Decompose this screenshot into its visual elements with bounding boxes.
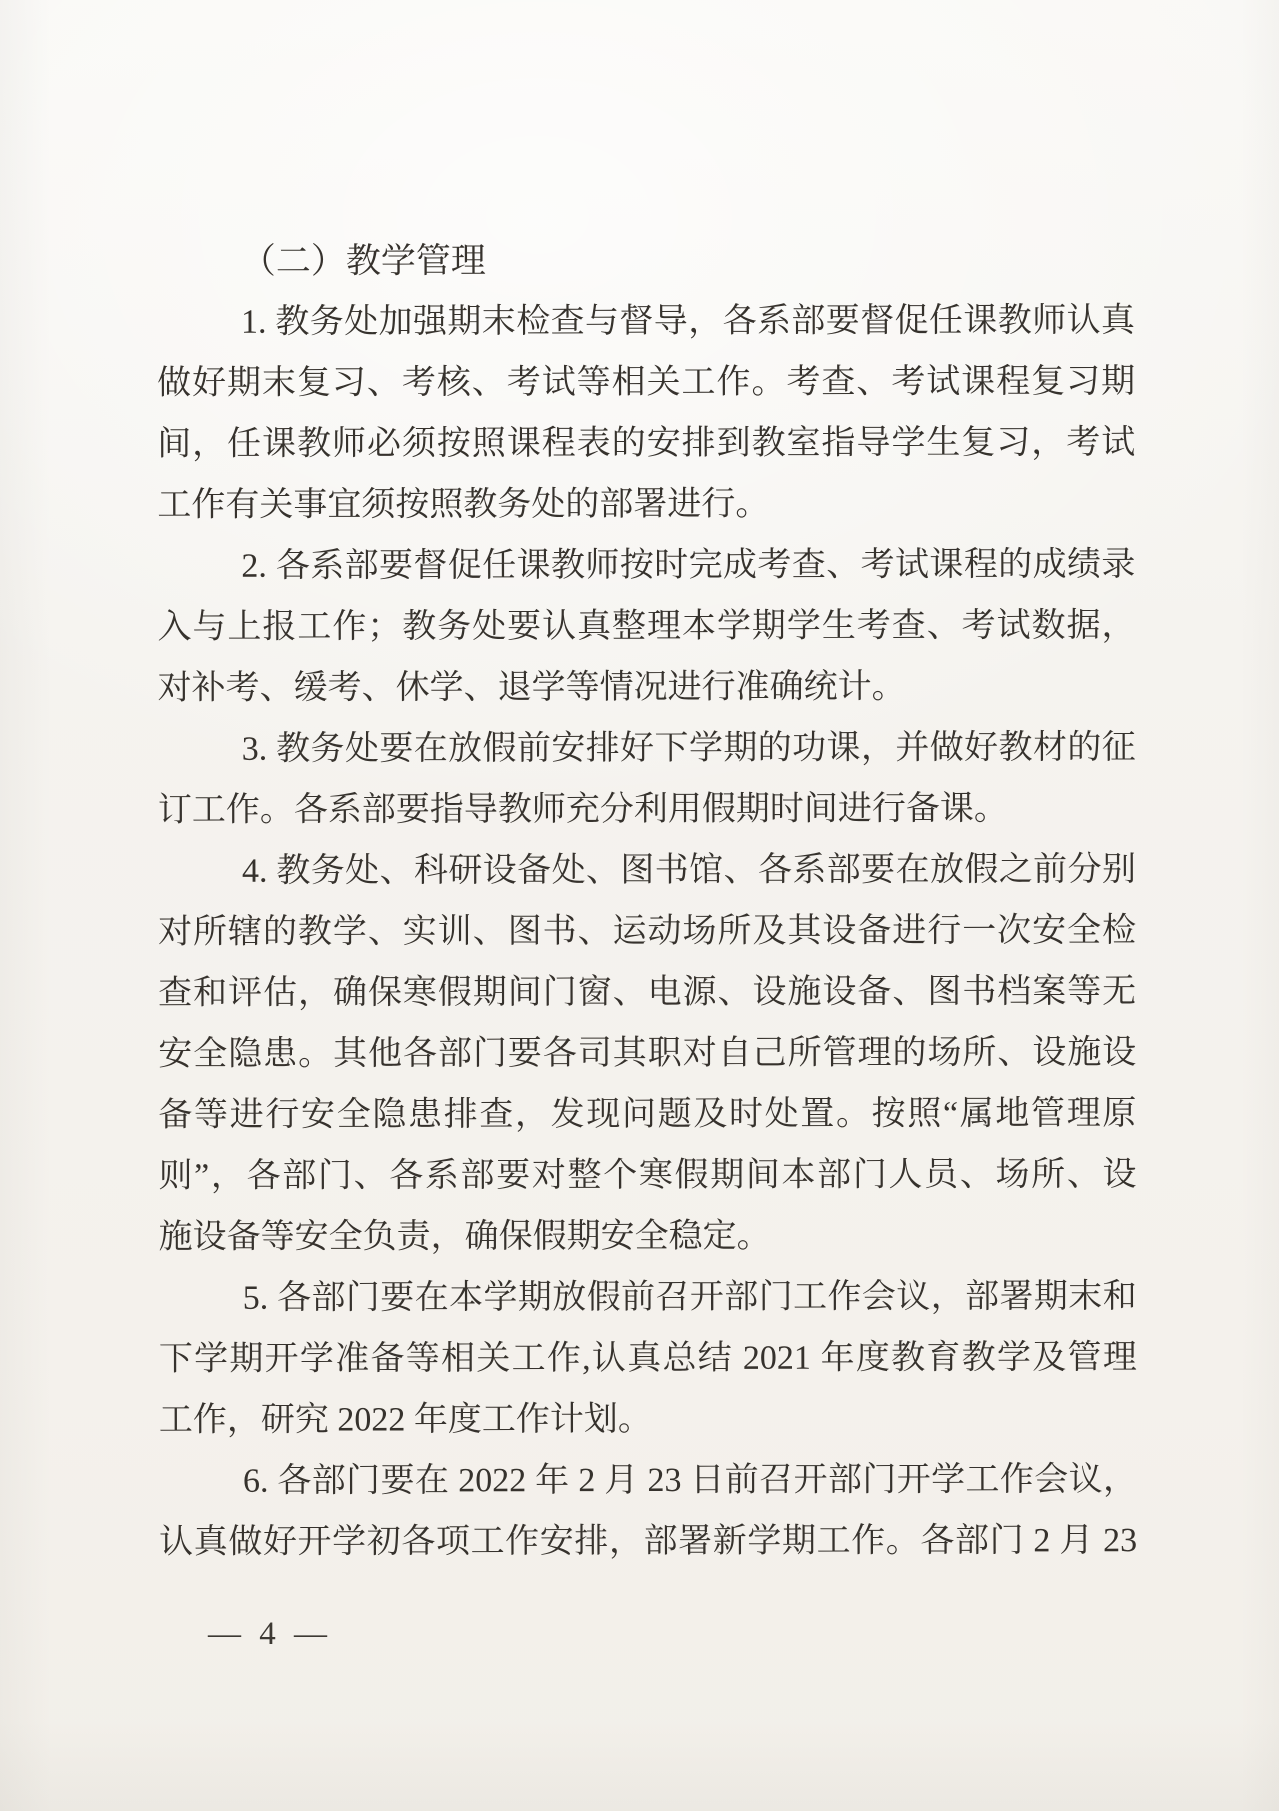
paragraph-line: 3. 教务处要在放假前安排好下学期的功课，并做好教材的征: [158, 717, 1136, 780]
paragraph-line: 工作，研究 2022 年度工作计划。: [159, 1388, 1137, 1451]
page-number: — 4 —: [208, 1614, 332, 1654]
paragraph-line: 5. 各部门要在本学期放假前召开部门工作会议，部署期末和: [159, 1266, 1137, 1329]
paragraph-line: 6. 各部门要在 2022 年 2 月 23 日前召开部门开学工作会议，: [159, 1449, 1137, 1512]
paragraph-line: 查和评估，确保寒假期间门窗、电源、设施设备、图书档案等无: [158, 961, 1136, 1024]
document-body: （二）教学管理 1. 教务处加强期末检查与督导，各系部要督促任课教师认真做好期末…: [157, 229, 1137, 1573]
paragraphs-container: 1. 教务处加强期末检查与督导，各系部要督促任课教师认真做好期末复习、考核、考试…: [157, 290, 1137, 1573]
section-heading: （二）教学管理: [157, 229, 1135, 292]
paragraph-line: 安全隐患。其他各部门要各司其职对自己所管理的场所、设施设: [158, 1022, 1136, 1085]
paragraph-line: 下学期开学准备等相关工作,认真总结 2021 年度教育教学及管理: [159, 1327, 1137, 1390]
paragraph-line: 间，任课教师必须按照课程表的安排到教室指导学生复习，考试: [157, 412, 1135, 475]
document-page: （二）教学管理 1. 教务处加强期末检查与督导，各系部要督促任课教师认真做好期末…: [0, 0, 1279, 1811]
paragraph-line: 对所辖的教学、实训、图书、运动场所及其设备进行一次安全检: [158, 900, 1136, 963]
paragraph-line: 1. 教务处加强期末检查与督导，各系部要督促任课教师认真: [157, 290, 1135, 353]
paragraph-line: 订工作。各系部要指导教师充分利用假期时间进行备课。: [158, 778, 1136, 841]
paragraph-line: 4. 教务处、科研设备处、图书馆、各系部要在放假之前分别: [158, 839, 1136, 902]
paragraph-line: 备等进行安全隐患排查，发现问题及时处置。按照“属地管理原: [158, 1083, 1136, 1146]
paragraph-line: 工作有关事宜须按照教务处的部署进行。: [157, 473, 1135, 536]
paragraph-line: 入与上报工作；教务处要认真整理本学期学生考查、考试数据，: [157, 595, 1135, 658]
paragraph-line: 做好期末复习、考核、考试等相关工作。考查、考试课程复习期: [157, 351, 1135, 414]
paragraph-line: 2. 各系部要督促任课教师按时完成考查、考试课程的成绩录: [157, 534, 1135, 597]
paragraph-line: 认真做好开学初各项工作安排，部署新学期工作。各部门 2 月 23: [159, 1510, 1137, 1573]
paragraph-line: 对补考、缓考、休学、退学等情况进行准确统计。: [158, 656, 1136, 719]
paragraph-line: 则”，各部门、各系部要对整个寒假期间本部门人员、场所、设: [158, 1144, 1136, 1207]
paragraph-line: 施设备等安全负责，确保假期安全稳定。: [159, 1205, 1137, 1268]
